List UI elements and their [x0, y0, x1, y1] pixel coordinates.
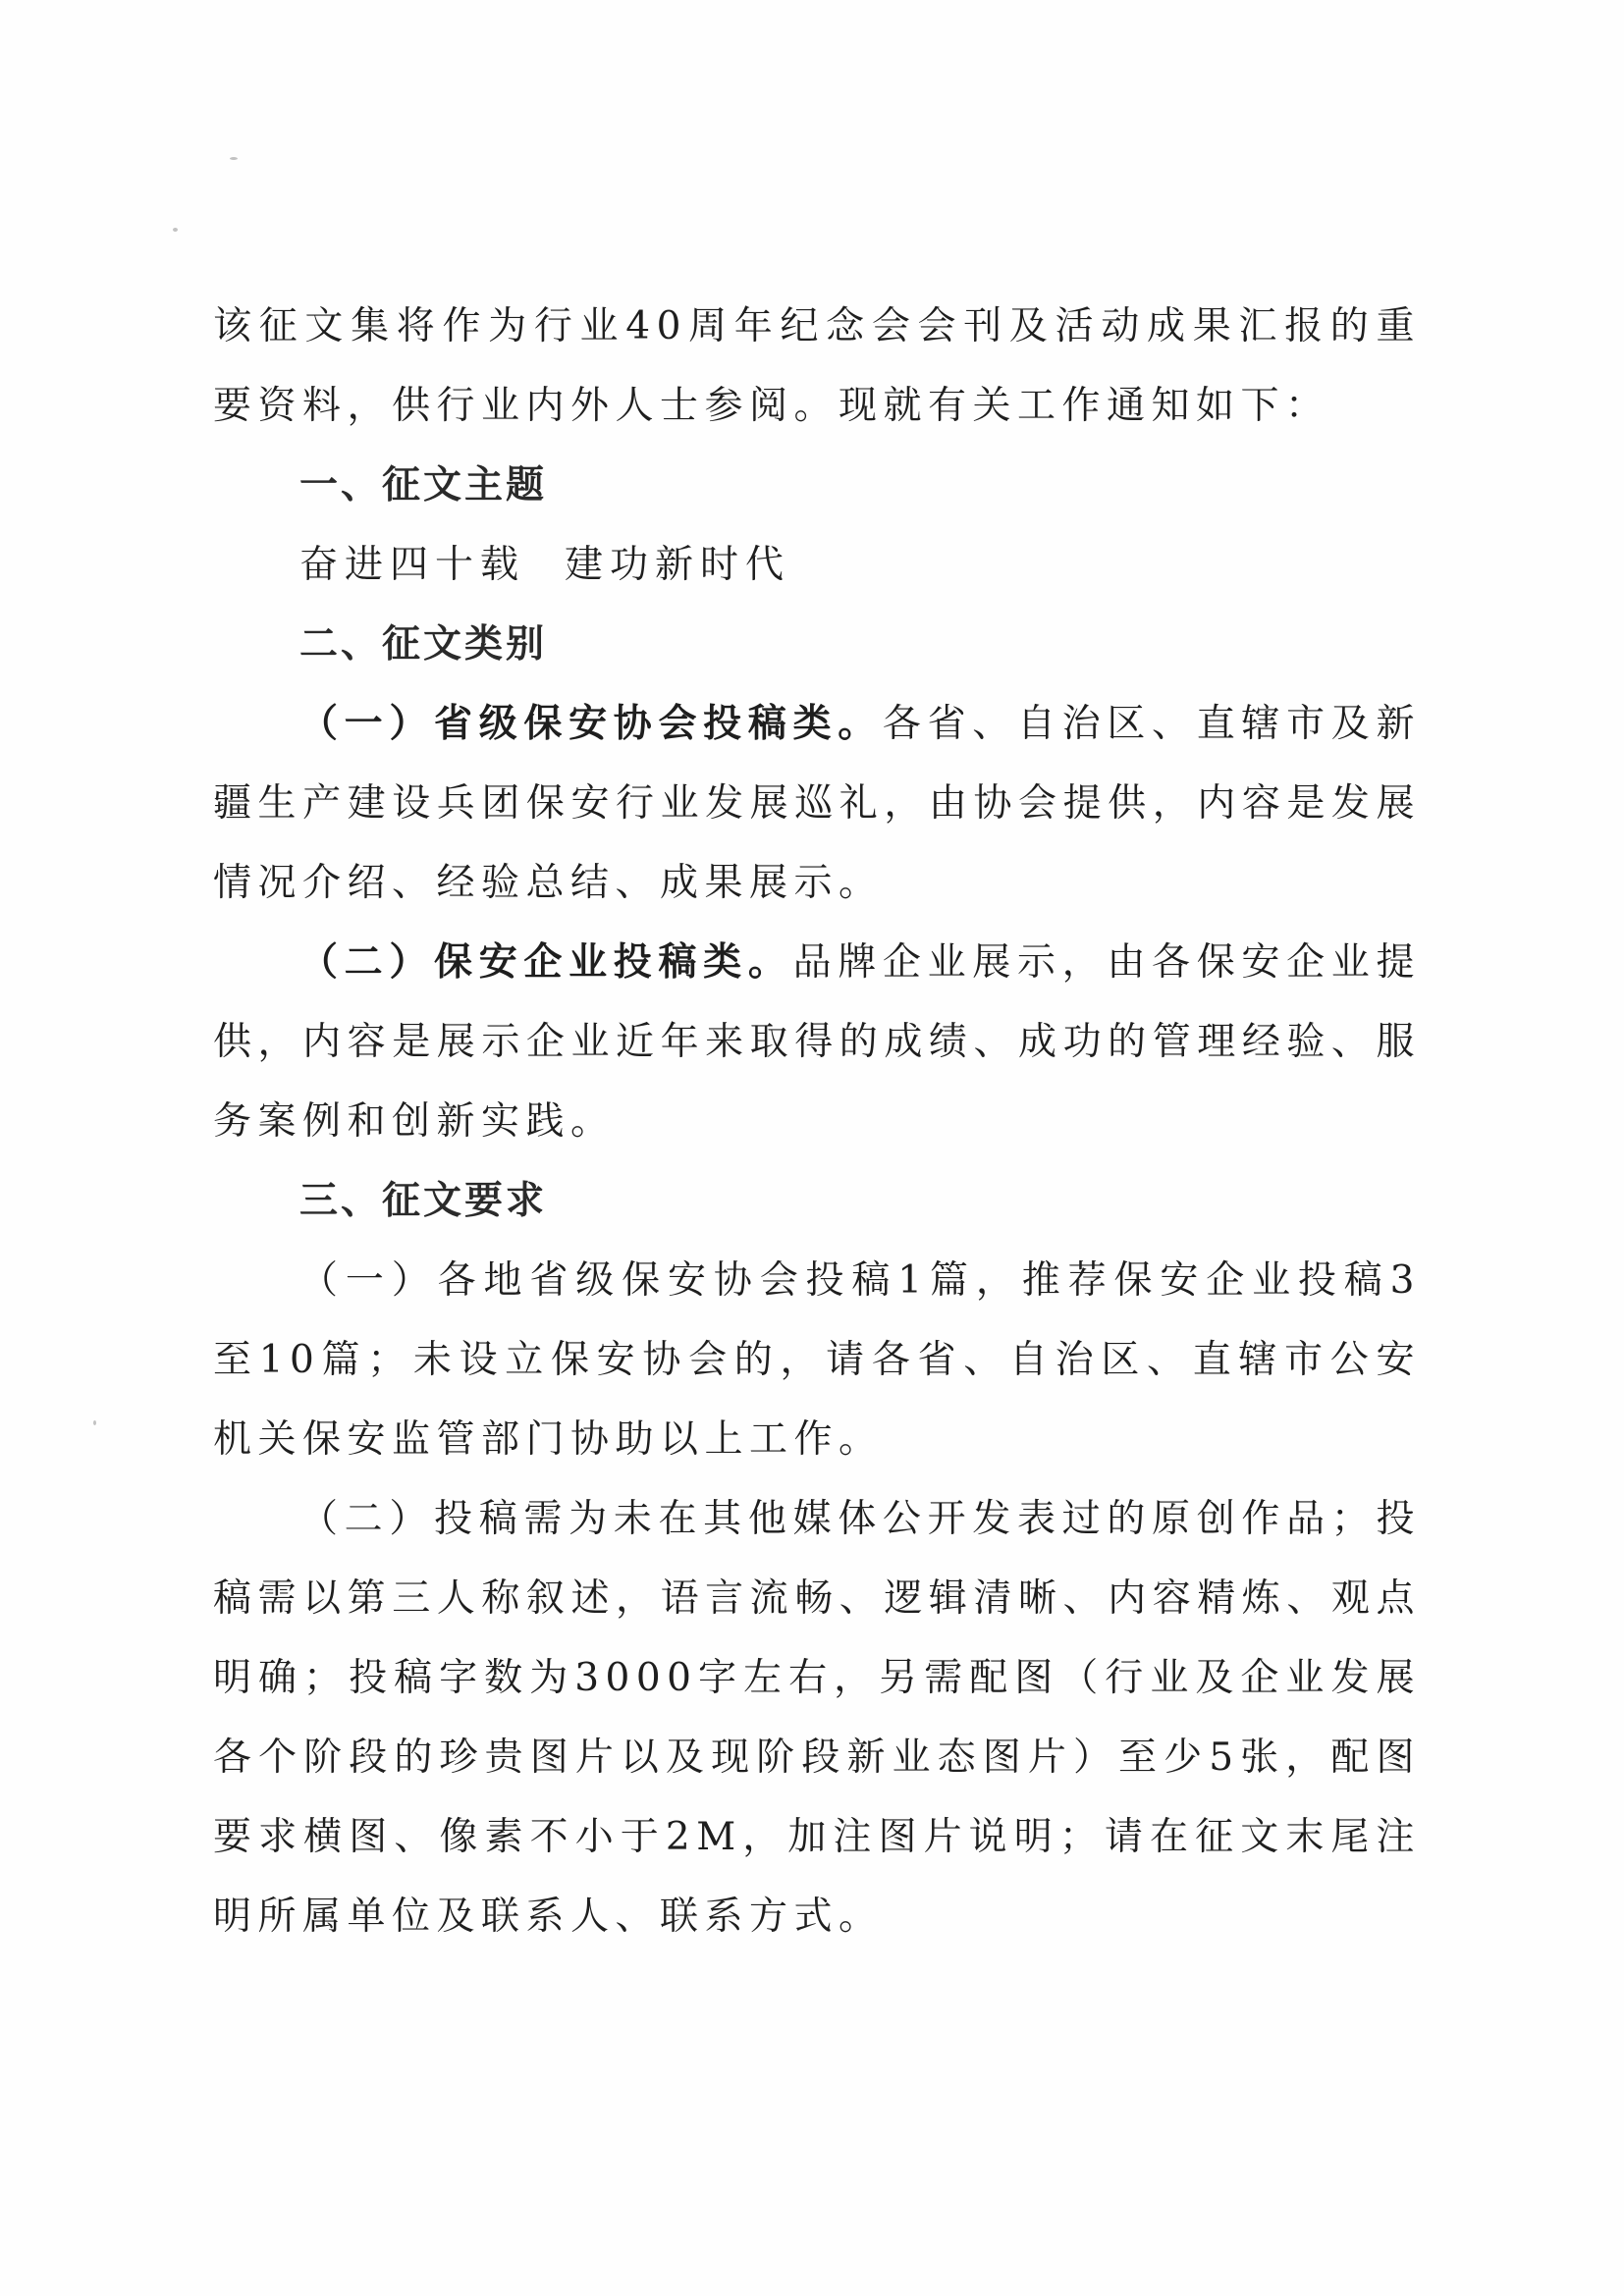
category-enterprise-paragraph: （二）保安企业投稿类。品牌企业展示，由各保安企业提供，内容是展示企业近年来取得的…: [213, 923, 1421, 1161]
section-heading-theme: 一、征文主题: [213, 446, 1421, 525]
requirement-submission-paragraph: （二）投稿需为未在其他媒体公开发表过的原创作品；投稿需以第三人称叙述，语言流畅、…: [213, 1479, 1421, 1956]
category-provincial-paragraph: （一）省级保安协会投稿类。各省、自治区、直辖市及新疆生产建设兵团保安行业发展巡礼…: [213, 684, 1421, 923]
scan-speck: [230, 157, 238, 160]
theme-part-1: 奋进四十载: [299, 543, 525, 587]
intro-paragraph: 该征文集将作为行业40周年纪念会会刊及活动成果汇报的重要资料，供行业内外人士参阅…: [213, 287, 1421, 446]
theme-text: 奋进四十载建功新时代: [213, 525, 1421, 605]
theme-part-2: 建功新时代: [565, 543, 790, 587]
scan-speck: [93, 1420, 96, 1425]
category-provincial-lead: （一）省级保安协会投稿类。: [299, 701, 883, 746]
category-enterprise-lead: （二）保安企业投稿类。: [299, 939, 793, 985]
scan-speck: [173, 228, 178, 232]
document-page: 该征文集将作为行业40周年纪念会会刊及活动成果汇报的重要资料，供行业内外人士参阅…: [0, 0, 1624, 2296]
section-heading-categories: 二、征文类别: [213, 605, 1421, 684]
requirement-quota-paragraph: （一）各地省级保安协会投稿1篇，推荐保安企业投稿3至10篇；未设立保安协会的，请…: [213, 1241, 1421, 1479]
section-heading-requirements: 三、征文要求: [213, 1161, 1421, 1241]
document-body: 该征文集将作为行业40周年纪念会会刊及活动成果汇报的重要资料，供行业内外人士参阅…: [213, 287, 1421, 1956]
